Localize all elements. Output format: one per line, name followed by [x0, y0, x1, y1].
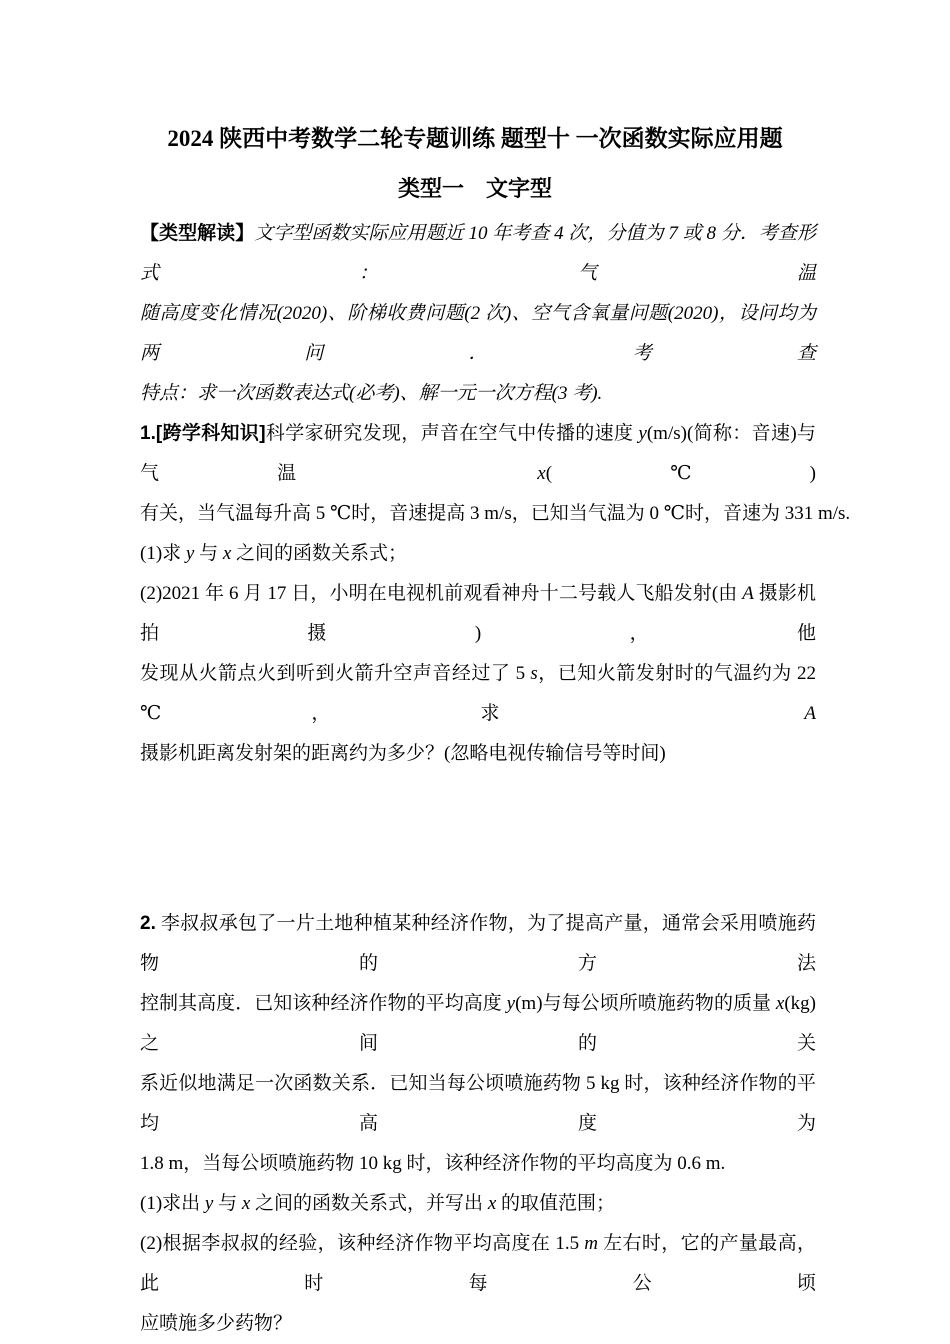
text-segment: (2)根据李叔叔的经验，该种经济作物平均高度在 1.5	[140, 1233, 584, 1254]
text-segment: 随高度变化情况(2020)、阶梯收费问题(2 次)、空气含氧量问题(2020)，…	[140, 303, 816, 364]
type-analysis-paragraph: 【类型解读】文字型函数实际应用题近 10 年考查 4 次，分值为 7 或 8 分…	[140, 214, 816, 414]
text-segment: 科学家研究发现，声音在空气中传播的速度	[266, 423, 639, 444]
math-variable: A	[742, 583, 754, 604]
math-variable: x	[488, 1193, 496, 1214]
text-line: 2. 李叔叔承包了一片土地种植某种经济作物，为了提高产量，通常会采用喷施药物的方…	[140, 904, 816, 984]
text-line: (1)求出 y 与 x 之间的函数关系式，并写出 x 的取值范围；	[140, 1184, 816, 1224]
text-segment: 摄影机距离发射架的距离约为多少？(忽略电视传输信号等时间)	[140, 743, 666, 764]
bold-text-segment: 2.	[140, 913, 156, 934]
text-segment: 的取值范围；	[496, 1193, 615, 1214]
answer-space	[140, 774, 816, 904]
problem-1-part-1: (1)求 y 与 x 之间的函数关系式；	[140, 534, 816, 574]
bold-text-segment: [跨学科知识]	[156, 423, 266, 444]
problem-1-part-2: (2)2021 年 6 月 17 日，小明在电视机前观看神舟十二号载人飞船发射(…	[140, 574, 816, 774]
text-segment: (1)求	[140, 543, 186, 564]
text-segment: 之间的函数关系式，并写出	[250, 1193, 488, 1214]
math-variable: y	[638, 423, 646, 444]
text-segment: 应喷施多少药物？	[140, 1313, 292, 1334]
text-line: 【类型解读】文字型函数实际应用题近 10 年考查 4 次，分值为 7 或 8 分…	[140, 214, 816, 294]
problem-2-intro: 2. 李叔叔承包了一片土地种植某种经济作物，为了提高产量，通常会采用喷施药物的方…	[140, 904, 816, 1184]
text-line: 特点：求一次函数表达式(必考)、解一元一次方程(3 考).	[140, 374, 816, 414]
problem-1-intro: 1.[跨学科知识]科学家研究发现，声音在空气中传播的速度 y(m/s)(简称：音…	[140, 414, 816, 534]
document-subtitle: 类型一 文字型	[0, 172, 950, 206]
text-line: (2)根据李叔叔的经验，该种经济作物平均高度在 1.5 m 左右时，它的产量最高…	[140, 1224, 816, 1304]
text-line: 发现从火箭点火到听到火箭升空声音经过了 5 s，已知火箭发射时的气温约为 22 …	[140, 654, 816, 734]
text-line: 系近似地满足一次函数关系．已知当每公顷喷施药物 5 kg 时，该种经济作物的平均…	[140, 1064, 816, 1144]
math-variable: s	[530, 663, 537, 684]
text-segment: (m)与每公顷所喷施药物的质量	[515, 993, 776, 1014]
text-segment: 系近似地满足一次函数关系．已知当每公顷喷施药物 5 kg 时，该种经济作物的平均…	[140, 1073, 816, 1134]
text-segment: 李叔叔承包了一片土地种植某种经济作物，为了提高产量，通常会采用喷施药物的方法	[140, 913, 816, 974]
text-line: 1.[跨学科知识]科学家研究发现，声音在空气中传播的速度 y(m/s)(简称：音…	[140, 414, 816, 494]
text-line: 摄影机距离发射架的距离约为多少？(忽略电视传输信号等时间)	[140, 734, 816, 774]
text-segment: (2)2021 年 6 月 17 日，小明在电视机前观看神舟十二号载人飞船发射(…	[140, 583, 742, 604]
text-segment: 1.8 m，当每公顷喷施药物 10 kg 时，该种经济作物的平均高度为 0.6 …	[140, 1153, 725, 1174]
text-segment: 之间的函数关系式；	[231, 543, 407, 564]
bold-text-segment: 1.	[140, 423, 156, 444]
math-variable: y	[507, 993, 515, 1014]
problem-2-part-2: (2)根据李叔叔的经验，该种经济作物平均高度在 1.5 m 左右时，它的产量最高…	[140, 1224, 816, 1344]
problem-2-part-1: (1)求出 y 与 x 之间的函数关系式，并写出 x 的取值范围；	[140, 1184, 816, 1224]
text-segment: 与	[213, 1193, 242, 1214]
text-segment: 发现从火箭点火到听到火箭升空声音经过了 5	[140, 663, 530, 684]
document-body: 【类型解读】文字型函数实际应用题近 10 年考查 4 次，分值为 7 或 8 分…	[140, 214, 816, 1344]
text-line: (2)2021 年 6 月 17 日，小明在电视机前观看神舟十二号载人飞船发射(…	[140, 574, 816, 654]
text-line: 控制其高度．已知该种经济作物的平均高度 y(m)与每公顷所喷施药物的质量 x(k…	[140, 984, 816, 1064]
text-segment: 与	[194, 543, 223, 564]
text-line: 随高度变化情况(2020)、阶梯收费问题(2 次)、空气含氧量问题(2020)，…	[140, 294, 816, 374]
text-line: 有关，当气温每升高 5 ℃时，音速提高 3 m/s，已知当气温为 0 ℃时，音速…	[140, 494, 816, 534]
text-segment: 有关，当气温每升高 5 ℃时，音速提高 3 m/s，已知当气温为 0 ℃时，音速…	[140, 503, 850, 524]
text-segment: 特点：求一次函数表达式(必考)、解一元一次方程(3 考).	[140, 383, 602, 404]
bold-text-segment: 【类型解读】	[140, 223, 254, 244]
text-line: 应喷施多少药物？	[140, 1304, 816, 1344]
text-segment: (℃)	[546, 463, 816, 484]
text-line: 1.8 m，当每公顷喷施药物 10 kg 时，该种经济作物的平均高度为 0.6 …	[140, 1144, 816, 1184]
document-page: 2024 陕西中考数学二轮专题训练 题型十 一次函数实际应用题 类型一 文字型 …	[0, 0, 950, 1344]
math-variable: A	[804, 703, 816, 724]
document-title: 2024 陕西中考数学二轮专题训练 题型十 一次函数实际应用题	[0, 122, 950, 156]
math-variable: m	[584, 1233, 598, 1254]
math-variable: x	[537, 463, 545, 484]
text-segment: (1)求出	[140, 1193, 205, 1214]
text-line: (1)求 y 与 x 之间的函数关系式；	[140, 534, 816, 574]
text-segment: 控制其高度．已知该种经济作物的平均高度	[140, 993, 507, 1014]
